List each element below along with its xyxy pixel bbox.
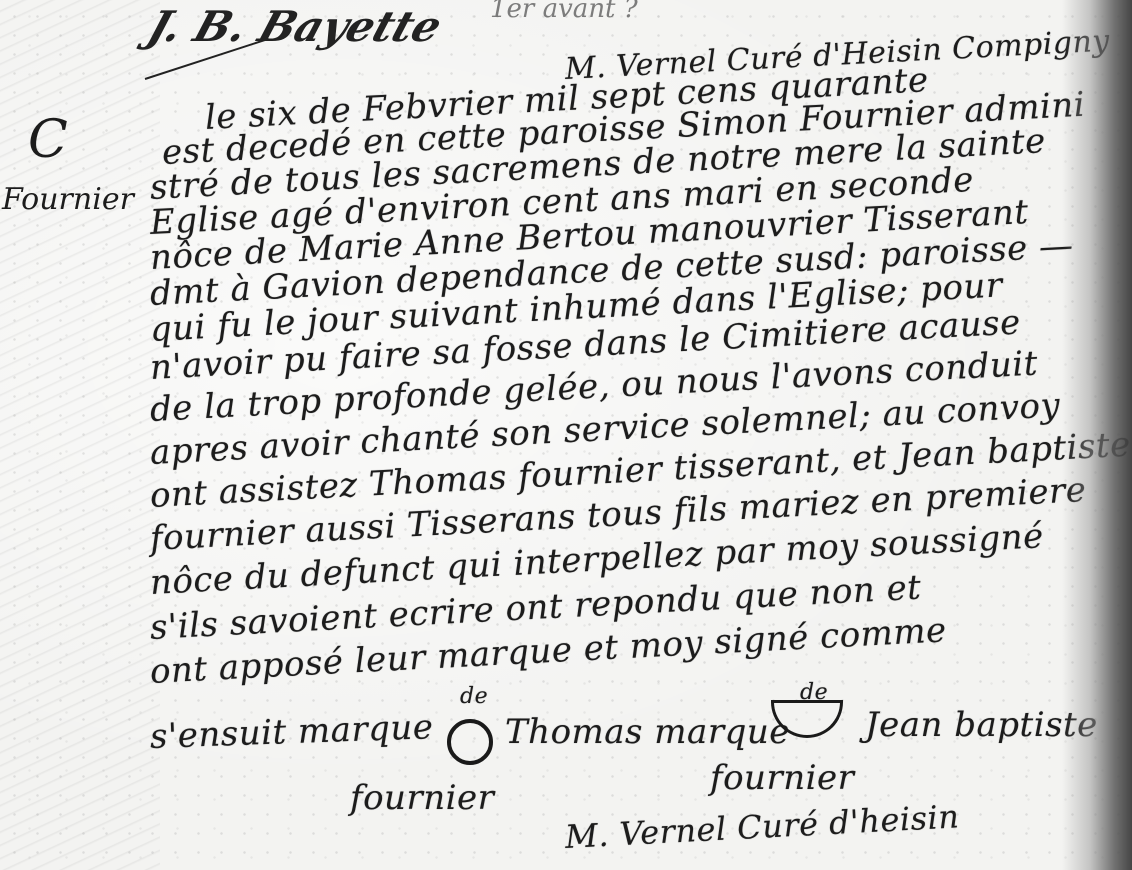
thomas-circle-mark [447, 719, 493, 765]
thomas-marque-label: Thomas marque [505, 712, 790, 752]
surname-fournier-2: fournier [710, 758, 854, 798]
margin-name-fournier: Fournier [2, 182, 134, 217]
ink-bleed-through [0, 0, 160, 870]
margin-initial-mark: C [28, 110, 68, 170]
mark-de-1: de [460, 684, 488, 709]
scanned-document-page: J. B. Bayette 1er avant ? C Fournier M. … [0, 0, 1132, 870]
binding-shadow [1062, 0, 1132, 870]
top-signature: J. B. Bayette [142, 2, 448, 51]
surname-fournier-1: fournier [350, 778, 494, 818]
top-faded-text: 1er avant ? [490, 0, 638, 24]
